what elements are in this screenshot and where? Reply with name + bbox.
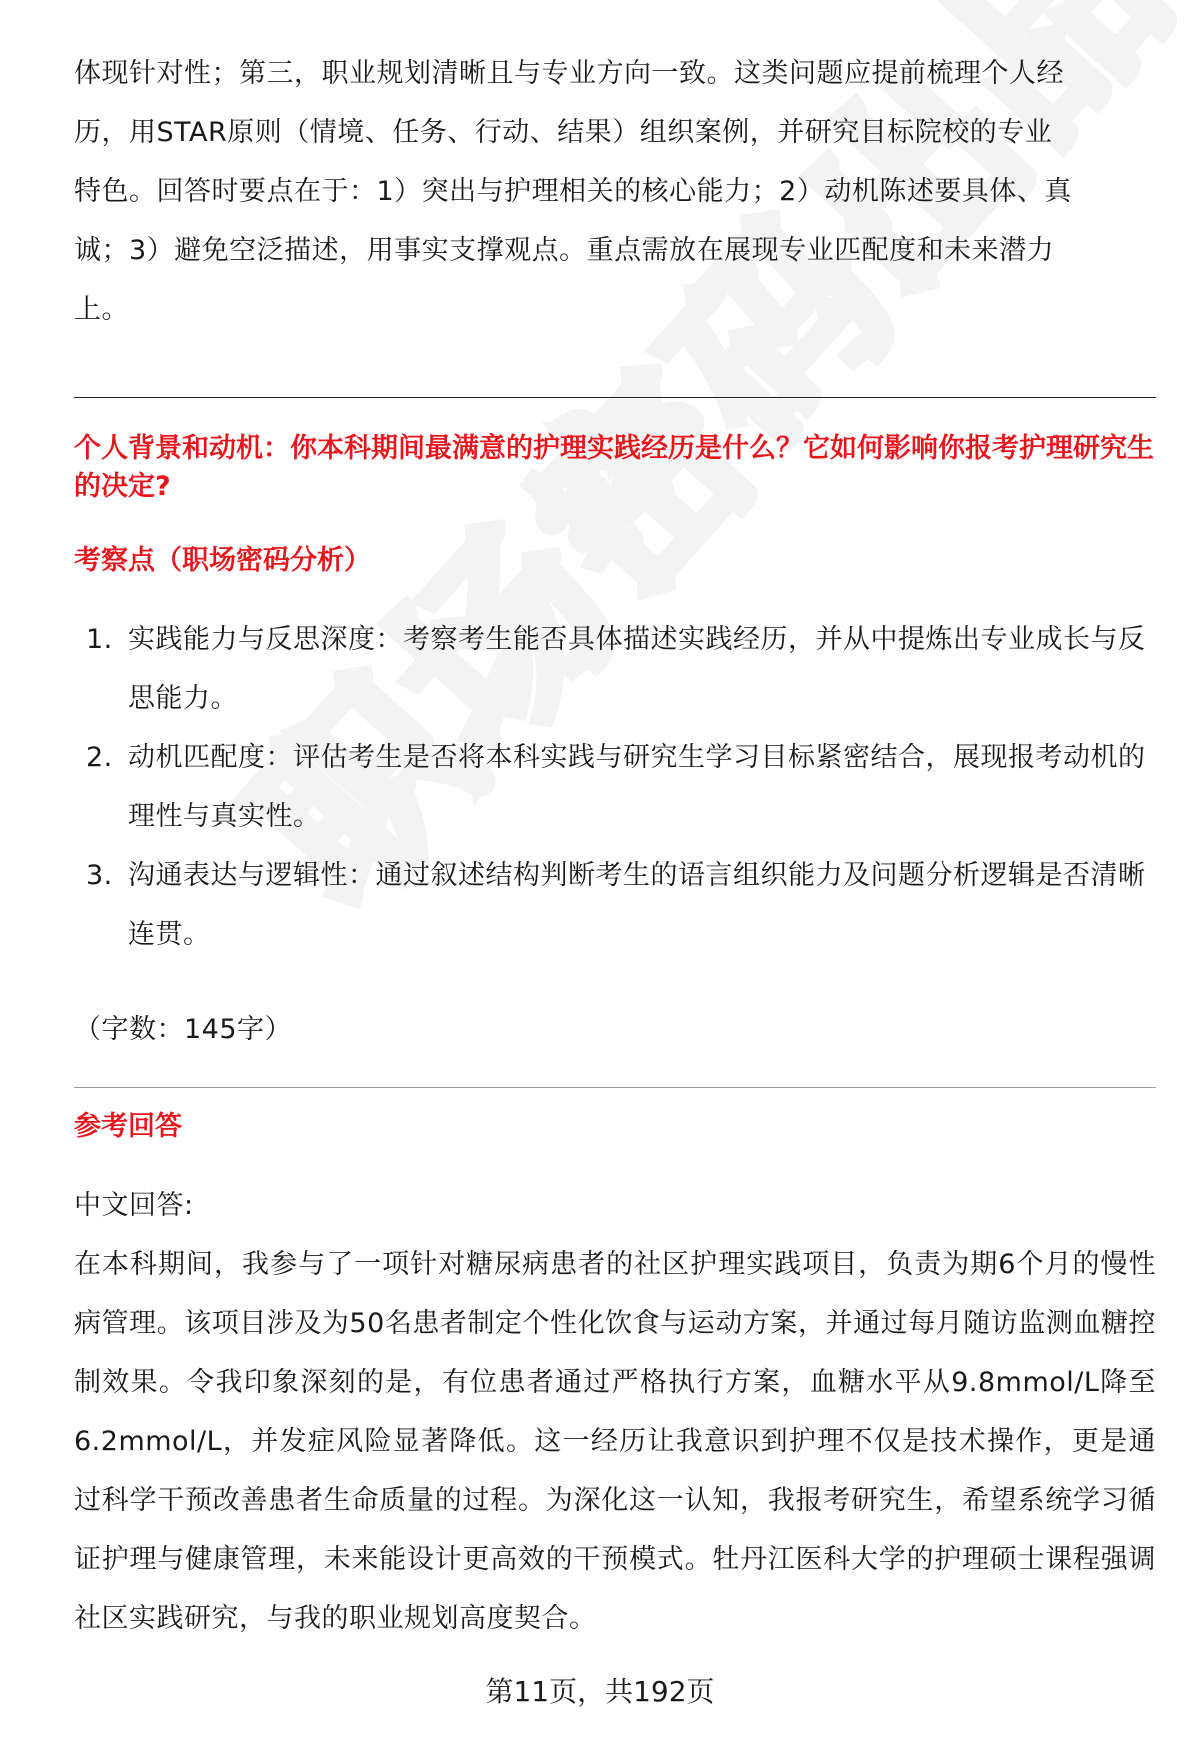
item-text: 沟通表达与逻辑性：通过叙述结构判断考生的语言组织能力及问题分析逻辑是否清晰连贯。 — [128, 860, 1146, 950]
analysis-item: 1. 实践能力与反思深度：考察考生能否具体描述实践经历，并从中提炼出专业成长与反… — [74, 610, 1156, 728]
word-count: （字数：145字） — [74, 1000, 1156, 1059]
section-divider — [74, 397, 1156, 398]
intro-paragraph: 体现针对性；第三，职业规划清晰且与专业方向一致。这类问题应提前梳理个人经 历，用… — [74, 44, 1156, 339]
answer-body: 在本科期间，我参与了一项针对糖尿病患者的社区护理实践项目，负责为期6个月的慢性病… — [74, 1235, 1156, 1648]
item-number: 2. — [86, 728, 113, 787]
intro-line: 上。 — [74, 280, 1156, 339]
analysis-list: 1. 实践能力与反思深度：考察考生能否具体描述实践经历，并从中提炼出专业成长与反… — [74, 610, 1156, 964]
analysis-item: 2. 动机匹配度：评估考生是否将本科实践与研究生学习目标紧密结合，展现报考动机的… — [74, 728, 1156, 846]
page-indicator: 第11页，共192页 — [0, 1672, 1200, 1712]
item-text: 实践能力与反思深度：考察考生能否具体描述实践经历，并从中提炼出专业成长与反思能力… — [128, 624, 1146, 714]
item-text: 动机匹配度：评估考生是否将本科实践与研究生学习目标紧密结合，展现报考动机的理性与… — [128, 742, 1146, 832]
analysis-heading: 考察点（职场密码分析） — [74, 542, 1156, 580]
item-number: 1. — [86, 610, 113, 669]
intro-line: 历，用STAR原则（情境、任务、行动、结果）组织案例，并研究目标院校的专业 — [74, 103, 1156, 162]
intro-line: 体现针对性；第三，职业规划清晰且与专业方向一致。这类问题应提前梳理个人经 — [74, 44, 1156, 103]
answer-label: 中文回答: — [74, 1176, 1156, 1235]
item-number: 3. — [86, 846, 113, 905]
section-divider — [74, 1087, 1156, 1088]
reference-answer-heading: 参考回答 — [74, 1108, 1156, 1146]
intro-line: 特色。回答时要点在于：1）突出与护理相关的核心能力；2）动机陈述要具体、真 — [74, 162, 1156, 221]
intro-line: 诚；3）避免空泛描述，用事实支撑观点。重点需放在展现专业匹配度和未来潜力 — [74, 221, 1156, 280]
question-title: 个人背景和动机：你本科期间最满意的护理实践经历是什么？它如何影响你报考护理研究生… — [74, 430, 1156, 506]
analysis-item: 3. 沟通表达与逻辑性：通过叙述结构判断考生的语言组织能力及问题分析逻辑是否清晰… — [74, 846, 1156, 964]
